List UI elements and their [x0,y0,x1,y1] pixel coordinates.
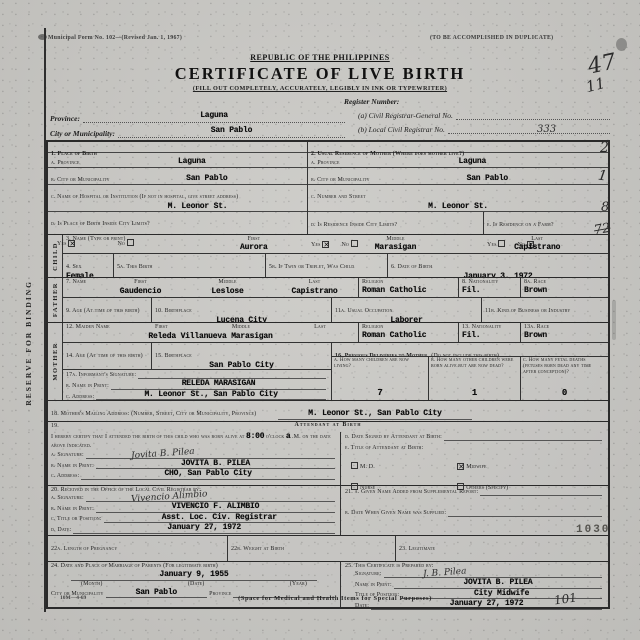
s19e-label: e. Title of Attendant at Birth: [345,445,604,452]
s13a-label: 13a. Race [524,324,605,331]
s10-label: 10. Birthplace [155,308,192,314]
duplicate-note: (TO BE ACCOMPLISHED IN DUPLICATE) [430,35,553,41]
informant-address: M. Leonor St., San Pablo City [96,391,326,401]
s19c-label: c. Address: [51,473,79,480]
register-number-block: Register Number: (a) Civil Registrar-Gen… [344,97,610,134]
s2b-value: San Pablo [370,175,605,184]
footer-note: (Space for Medical and Health Items for … [170,595,500,602]
religion-header: Religion [362,324,455,331]
child-sex-row: 4. Sex Female 5a. This Birth Single✕ Twi… [63,253,608,277]
local-civil-registrar-label: (b) Local Civil Registrar No. [358,125,445,134]
first-header: First [134,279,147,286]
s20d-label: d. Date: [51,527,71,534]
birth-date-value: January 3, 1972 [391,273,605,277]
s2a-label: a. Province [311,160,340,167]
s21b-label: b. Date When Given Name was Supplied: [345,510,446,517]
mother-religion: Roman Catholic [362,332,455,341]
father-last-name: Capistrano [291,288,337,297]
scanned-birth-certificate: RESERVE FOR BINDING Municipal Form No. 1… [0,0,640,640]
living-children-value: 7 [334,389,426,399]
father-birthplace: Lucena City [155,317,328,322]
father-group: FATHER [48,278,63,322]
informant-block: 17a. Informant's Signature: b. Name in P… [63,370,331,401]
religion-header: Religion [362,279,455,286]
section-usual-residence: 2. Usual Residence of Mother (Where does… [307,142,608,234]
s25-name-label: Name in Print: [355,582,392,589]
local-registrar-number-handwritten: 333 [537,124,556,135]
last-header: Last [309,279,321,286]
child-last-name: Capistrano [514,244,560,253]
child-group-label: CHILD [52,242,59,271]
am-pm-value: a [286,432,291,441]
mother-band: MOTHER 12. Maiden Name First Middle Last… [48,322,608,400]
certificate-form: 1. Place of Birth a. Province Laguna b. … [46,140,610,609]
handwritten-8: 8 [601,200,609,215]
last-header: Last [531,236,543,243]
s1a-value: Laguna [80,158,304,167]
given-name-line [480,495,602,496]
md-label: M. D. [360,464,375,470]
first-header: First [247,236,260,243]
child-band: CHILD 3. Name (Type or print) FirstAuror… [48,234,608,277]
s2a-value: Laguna [340,158,605,167]
mother-details-row: 14. Age (At time of this birth) 33 Years… [63,342,608,400]
mother-group: MOTHER [48,323,63,400]
pregnancy-weight-band: 22a. Length of Pregnancy 40 Completed We… [48,535,608,561]
middle-header: Middle [218,279,236,286]
s21a-label: 21. a. Given Name Added from Supplementa… [345,489,478,496]
place-and-residence-band: 1. Place of Birth a. Province Laguna b. … [48,142,608,234]
form-number: Municipal Form No. 102—(Revised Jan. 1, … [48,35,182,41]
s2e-label: e. Is Residence on a Farm? [487,222,554,228]
registrar-band: 20. Received in the Office of the Local … [48,485,608,535]
attendant-name: JOVITA B. PILEA [96,460,335,470]
s8-label: 8. Nationality [462,279,517,286]
s20c-label: c. Title or Position: [51,516,102,523]
informant-name: RELEDA MARASIGAN [111,380,326,390]
attendant-header: Attendant at Birth [48,422,608,429]
s11b-label: 11b. Kind of Business or Industry [485,308,570,314]
father-occupation: Laborer [335,317,478,322]
s22b-label: 22b. Weight at Birth [231,546,284,552]
certificate-title: CERTIFICATE OF LIVE BIRTH [0,64,640,84]
s8a-label: 8a. Race [524,279,605,286]
s23-label: 23. Legitimate [399,546,435,552]
living-children-question: a. How many children are now living? [334,358,426,370]
father-nationality: Fil. [462,287,517,296]
year-sub: (Year) [290,581,307,588]
month-sub: (Month) [81,581,103,588]
s25-sig-label: Signature: [355,571,382,578]
birth-time-value: 8:00 [246,432,264,441]
dead-children-question: b. How many other children were born ali… [431,358,518,370]
date-signed-line [444,440,602,441]
name-supplied-date-line [448,516,602,517]
md-checkbox [351,462,358,469]
mother-age-value: 33 [66,368,76,369]
s13-label: 13. Nationality [462,324,517,331]
scan-artifact [38,34,47,40]
s5a-label: 5a. This Birth [117,264,153,270]
s19a-label: a. Signature: [51,452,84,459]
child-name-row: 3. Name (Type or print) FirstAurora Midd… [63,235,608,253]
s2d-label: d. Is Residence Inside City Limits? [311,222,397,228]
attendant-address: CHO, San Pablo City [81,470,335,480]
father-band: FATHER 7. Name FirstGaudencio MiddleLesl… [48,277,608,322]
s9-label: 9. Age (At time of this birth) [66,308,140,314]
father-race: Brown [524,287,605,296]
registrar-name: VIVENCIO F. ALIMBIO [96,503,335,513]
s17b-label: b. Name in Print: [66,383,109,390]
s17c-label: c. Address: [66,394,94,401]
midwife-checkbox: ✕ [457,463,464,470]
municipality-value: San Pablo [211,126,252,135]
s6-label: 6. Date of Birth [391,264,432,270]
s5b-label: 5b. If Twin or Triplet, Was Child [269,264,354,270]
fill-out-instruction: (FILL OUT COMPLETELY, ACCURATELY, LEGIBL… [0,85,640,92]
s7-label: 7. Name [66,279,86,286]
dead-children-value: 1 [431,389,518,399]
s24-label: 24. Date and Place of Marriage of Parent… [51,563,337,570]
s1a-label: a. Province [51,160,80,167]
print-code: 10M—4-69 [60,595,170,602]
preparer-name: JOVITA B. PILEA [394,579,602,589]
certify-text-1: I hereby certify that I attended the bir… [51,434,244,440]
s1c-value: M. Leonor St. [91,203,304,212]
province-label: Province: [50,114,80,123]
s19b-label: b. Name in Print: [51,463,94,470]
s15-label: 15. Birthplace [155,353,192,359]
handwritten-72: 72 [593,221,612,239]
mother-name-row: 12. Maiden Name First Middle Last Releda… [63,323,608,342]
province-municipality-block: Province: Laguna City or Municipality: S… [50,108,345,138]
s4-label: 4. Sex [66,264,82,270]
supplemental-block: 21. a. Given Name Added from Supplementa… [340,486,608,535]
s25-date-label: Date: [355,603,369,610]
mother-race: Brown [524,332,605,341]
s11a-label: 11a. Usual Occupation [335,308,393,314]
middle-header: Middle [232,324,250,331]
civil-registrar-general-line [456,119,610,120]
register-number-label: Register Number: [344,97,610,106]
s3-label: 3. Name (Type or print) [66,236,126,243]
mother-group-label: MOTHER [52,342,59,381]
previous-deliveries-block: 16. Previous Deliveries to Mother (Do no… [331,343,608,400]
s19d-label: d. Date Signed by Attendant at Birth: [345,434,442,441]
s1b-label: b. City or Municipality [51,177,110,184]
s1c-label: c. Name of Hospital or Institution (If n… [51,194,238,200]
mailing-address-band: 18. Mother's Mailing Address: (Number, S… [48,400,608,421]
s12-label: 12. Maiden Name [66,324,110,331]
section-place-of-birth: 1. Place of Birth a. Province Laguna b. … [48,142,307,234]
scan-artifact [616,38,627,51]
date-sub: (Date) [188,581,205,588]
s20b-label: b. Name in Print: [51,506,94,513]
s17a-label: 17a. Informant's Signature: [66,372,136,379]
footer: 10M—4-69 (Space for Medical and Health I… [46,595,610,602]
s22a-label: 22a. Length of Pregnancy [51,546,117,552]
child-middle-name: Marasigan [375,244,416,253]
s2b-label: b. City or Municipality [311,177,370,184]
scan-artifact [612,300,616,340]
midwife-label: Midwife [466,464,486,470]
stamp-1030: 1030 [576,524,610,536]
father-group-label: FATHER [52,282,59,317]
fetal-deaths-question: c. How many fetal deaths (fetuses born d… [523,358,606,376]
preparer-signature: J. B. Pilea [423,566,467,579]
s25-label: 25. This Certificate is Prepared by: [345,563,604,570]
handwritten-2: 2 [600,140,609,156]
marriage-date-value: January 9, 1955 [71,571,317,581]
first-header: First [155,324,168,331]
s1d-label: d. Is Place of Birth Inside City Limits? [51,221,150,227]
mailing-address-value: M. Leonor St., San Pablo City [278,410,471,420]
certify-text-2: o'clock [266,434,285,440]
registrar-title: Asst. Loc. Civ. Registrar [104,514,335,524]
s14-label: 14. Age (At time of this birth) [66,353,143,359]
fetal-deaths-value: 0 [523,389,606,399]
father-first-name: Gaudencio [120,288,161,297]
reserve-for-binding: RESERVE FOR BINDING [24,238,33,448]
s18-label: 18. Mother's Mailing Address: (Number, S… [51,411,256,417]
father-religion: Roman Catholic [362,287,455,296]
municipality-label: City or Municipality: [50,129,115,138]
reserve-for-binding-label: RESERVE FOR BINDING [24,280,33,406]
s2c-label: c. Number and Street [311,194,366,200]
republic-heading: REPUBLIC OF THE PHILIPPINES [0,53,640,62]
mother-maiden-name: Releda Villanueva Marasigan [148,333,272,342]
mother-nationality: Fil. [462,332,517,341]
middle-header: Middle [386,236,404,243]
received-block: 20. Received in the Office of the Local … [48,486,340,535]
last-header: Last [314,324,326,331]
s19-number: 19. [51,423,59,430]
registrar-date: January 27, 1972 [73,524,335,534]
civil-registrar-general-label: (a) Civil Registrar-General No. [358,111,453,120]
s1b-value: San Pablo [110,175,304,184]
s20a-label: a. Signature: [51,495,84,502]
father-age-row: 9. Age (At time of this birth) 36 Years … [63,297,608,322]
father-middle-name: Leslose [211,288,243,297]
attendant-band: 19. Attendant at Birth I hereby certify … [48,421,608,485]
s2c-value: M. Leonor St. [311,203,605,212]
child-sex-value: Female [66,273,110,277]
child-first-name: Aurora [240,244,268,253]
father-name-row: 7. Name FirstGaudencio MiddleLeslose Las… [63,278,608,297]
